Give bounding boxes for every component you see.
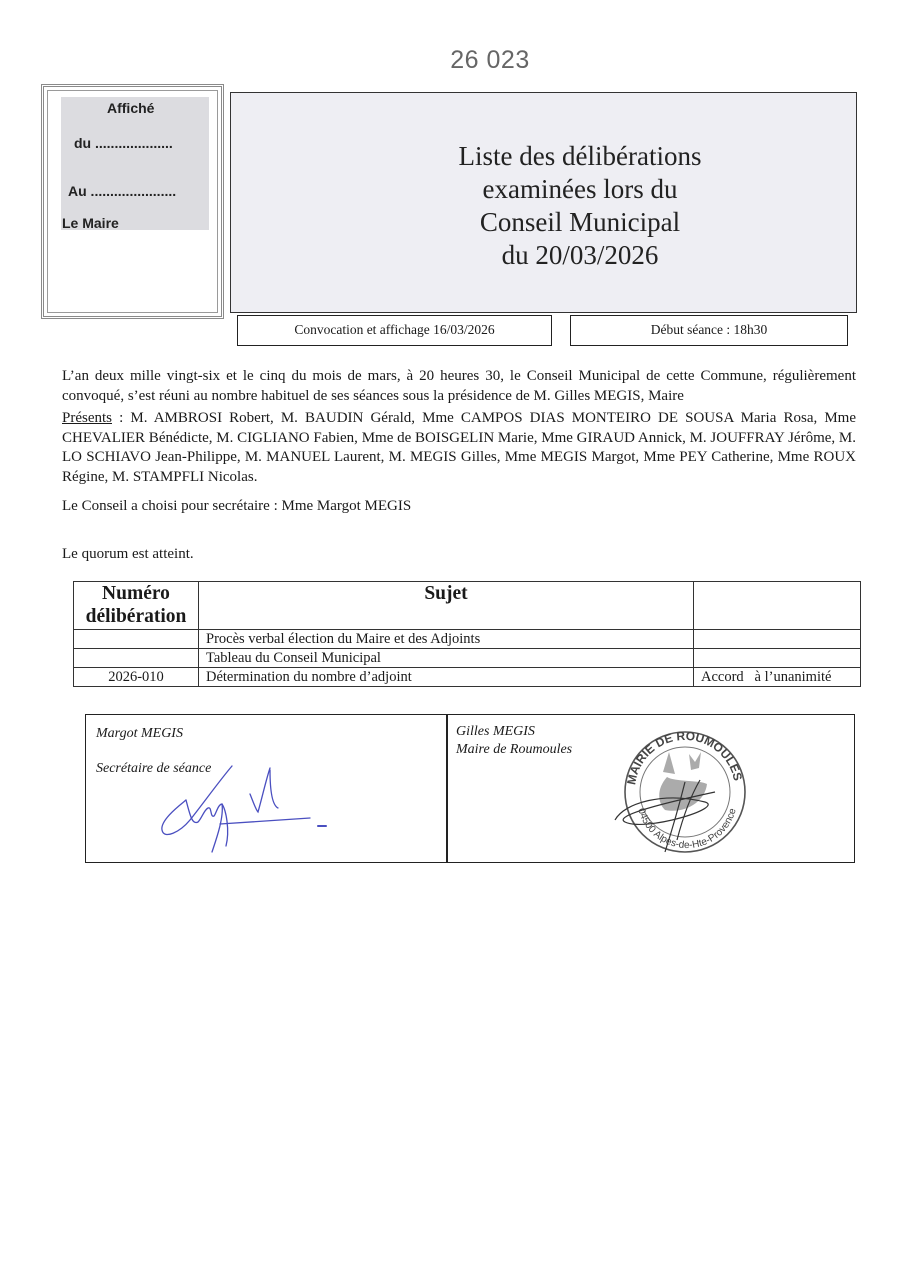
affiche-signatory: Le Maire [62,215,119,231]
cell-resultat [694,630,861,649]
document-title: Liste des délibérations examinées lors d… [300,140,860,272]
table-row: Tableau du Conseil Municipal [74,649,861,668]
intro-paragraph: L’an deux mille vingt-six et le cinq du … [62,367,856,406]
affiche-panel: Affiché du .................... Au .....… [61,97,209,230]
secretary-name: Margot MEGIS [96,725,183,743]
secretaire-paragraph: Le Conseil a choisi pour secrétaire : Mm… [62,497,856,517]
cell-numero: 2026-010 [74,668,199,687]
header-resultat [694,582,861,630]
mairie-stamp-icon: MAIRIE DE ROUMOULES 04500 Alpes-de-Hte-P… [605,722,765,857]
title-line: Conseil Municipal [300,206,860,239]
secretary-signature-icon [150,760,340,860]
presents-label: Présents [62,410,112,426]
cell-numero [74,649,199,668]
presents-paragraph: Présents : M. AMBROSI Robert, M. BAUDIN … [62,409,856,487]
convocation-box: Convocation et affichage 16/03/2026 [237,315,552,346]
reference-number: 26 023 [0,46,900,75]
debut-seance-text: Début séance : 18h30 [651,322,768,337]
header-numero: Numéro délibération [74,582,199,630]
cell-sujet: Procès verbal élection du Maire et des A… [199,630,694,649]
convocation-text: Convocation et affichage 16/03/2026 [294,322,494,337]
table-row: Procès verbal élection du Maire et des A… [74,630,861,649]
mayor-role: Maire de Roumoules [456,741,572,759]
quorum-paragraph: Le quorum est atteint. [62,545,856,565]
table-row: 2026-010 Détermination du nombre d’adjoi… [74,668,861,687]
title-line: du 20/03/2026 [300,239,860,272]
header-sujet: Sujet [199,582,694,630]
title-line: Liste des délibérations [300,140,860,173]
debut-seance-box: Début séance : 18h30 [570,315,848,346]
affiche-heading: Affiché [107,100,154,116]
presents-list: : M. AMBROSI Robert, M. BAUDIN Gérald, M… [62,410,856,485]
cell-sujet: Tableau du Conseil Municipal [199,649,694,668]
cell-resultat [694,649,861,668]
deliberations-table: Numéro délibération Sujet Procès verbal … [73,581,861,687]
affiche-du-field: du .................... [74,135,173,151]
cell-resultat: Accord à l’unanimité [694,668,861,687]
cell-numero [74,630,199,649]
signature-divider [446,714,448,863]
mayor-name: Gilles MEGIS [456,723,535,741]
svg-text:04500 Alpes-de-Hte-Provence: 04500 Alpes-de-Hte-Provence [635,807,739,851]
title-line: examinées lors du [300,173,860,206]
cell-sujet: Détermination du nombre d’adjoint [199,668,694,687]
table-header-row: Numéro délibération Sujet [74,582,861,630]
affiche-au-field: Au ...................... [68,183,176,199]
